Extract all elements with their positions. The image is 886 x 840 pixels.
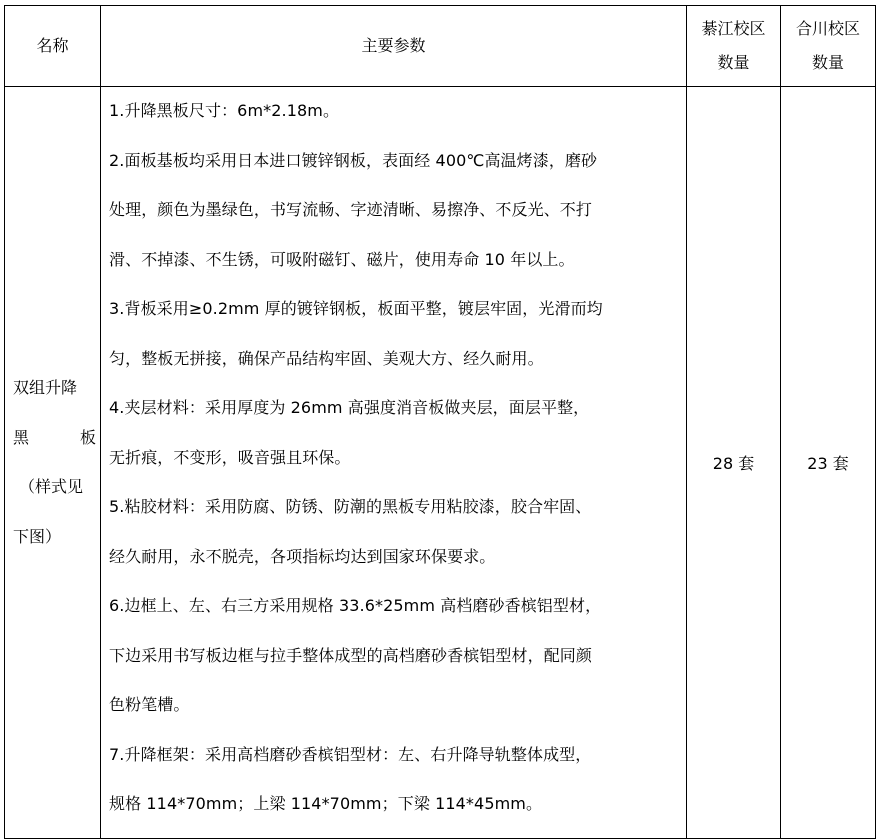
table-row: 双组升降 黑 板 （样式见 下图） 1.升降黑板尺寸：6m*2.18m。 2.面… [5,87,876,839]
header-qijiang-line-2: 数量 [687,46,780,80]
params-cell: 1.升降黑板尺寸：6m*2.18m。 2.面板基板均采用日本进口镀锌钢板，表面经… [101,87,687,839]
hechuan-qty-cell: 23 套 [781,87,876,839]
param-line: 2.面板基板均采用日本进口镀锌钢板，表面经 400℃高温烤漆，磨砂 [109,145,680,195]
param-line: 处理，颜色为墨绿色，书写流畅、字迹清晰、易擦净、不反光、不打 [109,194,680,244]
param-line: 匀，整板无拼接，确保产品结构牢固、美观大方、经久耐用。 [109,343,680,393]
param-line: 3.背板采用≥0.2mm 厚的镀锌钢板，板面平整，镀层牢固，光滑而均 [109,293,680,343]
product-name-line: 双组升降 [13,363,96,413]
header-params: 主要参数 [101,6,687,87]
header-hechuan-qty: 合川校区 数量 [781,6,876,87]
header-qijiang-qty: 綦江校区 数量 [687,6,781,87]
product-name-char: 黑 [13,413,29,463]
product-name-line: （样式见 [13,462,96,512]
qijiang-qty-cell: 28 套 [687,87,781,839]
header-hechuan-line-1: 合川校区 [781,12,875,46]
param-line: 滑、不掉漆、不生锈，可吸附磁钉、磁片，使用寿命 10 年以上。 [109,244,680,294]
param-line: 下边采用书写板边框与拉手整体成型的高档磨砂香槟铝型材，配同颜 [109,640,680,690]
param-line: 色粉笔槽。 [109,689,680,739]
param-line: 7.升降框架：采用高档磨砂香槟铝型材：左、右升降导轨整体成型， [109,739,680,789]
product-name-line: 下图） [13,512,96,562]
header-row: 名称 主要参数 綦江校区 数量 合川校区 数量 [5,6,876,87]
product-name-line: 黑 板 [13,413,96,463]
header-hechuan-line-2: 数量 [781,46,875,80]
param-line: 5.粘胶材料：采用防腐、防锈、防潮的黑板专用粘胶漆，胶合牢固、 [109,491,680,541]
product-name-char: 板 [80,413,96,463]
param-line: 经久耐用，永不脱壳，各项指标均达到国家环保要求。 [109,541,680,591]
param-line: 无折痕，不变形，吸音强且环保。 [109,442,680,492]
spec-table: 名称 主要参数 綦江校区 数量 合川校区 数量 双组升降 黑 板 （样式见 下图… [4,5,876,839]
param-line: 4.夹层材料：采用厚度为 26mm 高强度消音板做夹层，面层平整， [109,392,680,442]
header-name: 名称 [5,6,101,87]
param-line: 1.升降黑板尺寸：6m*2.18m。 [109,95,680,145]
param-line: 6.边框上、左、右三方采用规格 33.6*25mm 高档磨砂香槟铝型材， [109,590,680,640]
header-qijiang-line-1: 綦江校区 [687,12,780,46]
param-line: 规格 114*70mm；上梁 114*70mm；下梁 114*45mm。 [109,788,680,838]
product-name-cell: 双组升降 黑 板 （样式见 下图） [5,87,101,839]
